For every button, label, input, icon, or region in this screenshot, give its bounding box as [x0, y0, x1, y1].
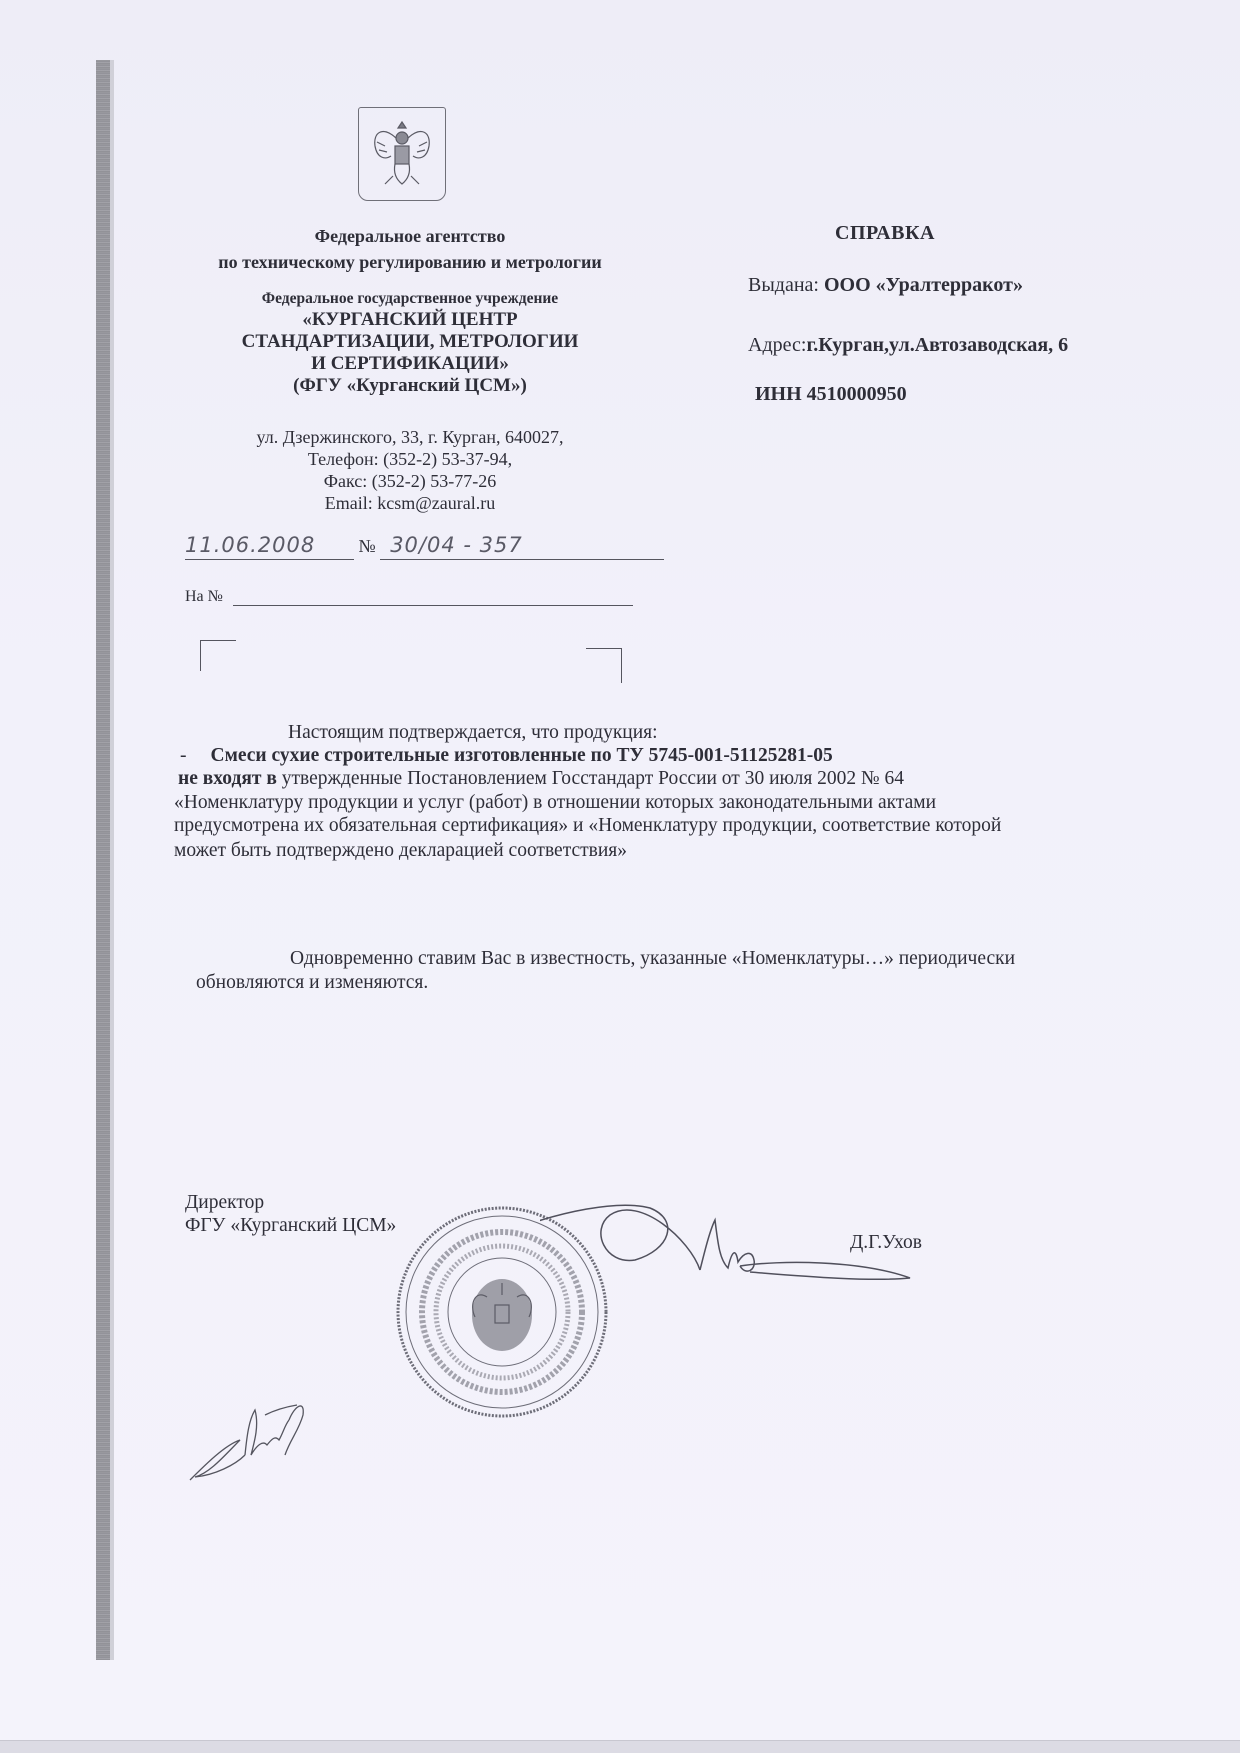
- address-corner-mark-left: [200, 640, 236, 671]
- scan-binding-strip: [96, 60, 114, 1660]
- body-line-3: не входят в утвержденные Постановлением …: [178, 768, 904, 790]
- contact-info: ул. Дзержинского, 33, г. Курган, 640027,…: [170, 426, 650, 514]
- director-signature: [540, 1190, 920, 1300]
- product-line: -Смеси сухие строительные изготовленные …: [180, 745, 833, 767]
- notice-line-2: обновляются и изменяются.: [196, 972, 428, 994]
- body-intro: Настоящим подтверждается, что продукция:: [288, 722, 658, 744]
- issued-to-company: ООО «Уралтерракот»: [824, 274, 1023, 296]
- document-date-field: 11.06.2008: [185, 533, 354, 560]
- institution-name-line3: И СЕРТИФИКАЦИИ»: [170, 353, 650, 375]
- institution-fax: Факс: (352-2) 53-77-26: [170, 470, 650, 492]
- document-number-field: 30/04 - 357: [380, 533, 664, 560]
- bullet-dash: -: [180, 745, 187, 766]
- not-included-phrase: не входят в: [178, 768, 277, 789]
- institution-short-name: (ФГУ «Курганский ЦСМ»): [170, 375, 650, 397]
- product-name: Смеси сухие строительные изготовленные п…: [211, 745, 833, 766]
- body-line-4: «Номенклатуру продукции и услуг (работ) …: [174, 792, 936, 814]
- address-corner-mark-right: [586, 648, 622, 683]
- recipient-inn: ИНН 4510000950: [755, 383, 907, 406]
- institution-phone: Телефон: (352-2) 53-37-94,: [170, 448, 650, 470]
- page-bottom-edge: [0, 1740, 1240, 1753]
- coat-of-arms-icon: [358, 107, 446, 201]
- signatory-organization: ФГУ «Курганский ЦСМ»: [185, 1215, 396, 1237]
- institution-name-line1: «КУРГАНСКИЙ ЦЕНТР: [170, 309, 650, 331]
- document-number: 30/04 - 357: [390, 533, 523, 557]
- institution-type: Федеральное государственное учреждение: [170, 290, 650, 308]
- reply-to-line: На №: [185, 587, 633, 606]
- body-line-6: может быть подтверждено декларацией соот…: [174, 840, 627, 862]
- address-label: Адрес:: [748, 334, 806, 356]
- body-line-5: предусмотрена их обязательная сертификац…: [174, 815, 1001, 837]
- decree-reference: утвержденные Постановлением Госстандарт …: [277, 768, 904, 789]
- address-value: г.Курган,ул.Автозаводская, 6: [806, 334, 1068, 356]
- agency-name-line1: Федеральное агентство: [170, 226, 650, 247]
- reply-to-label: На №: [185, 588, 223, 605]
- institution-email: Email: kcsm@zaural.ru: [170, 492, 650, 514]
- document-date: 11.06.2008: [185, 533, 315, 557]
- document-title: СПРАВКА: [835, 222, 935, 245]
- handwritten-signature-2: [185, 1385, 325, 1485]
- reference-line: 11.06.2008 № 30/04 - 357: [185, 533, 664, 560]
- institution-name: «КУРГАНСКИЙ ЦЕНТР СТАНДАРТИЗАЦИИ, МЕТРОЛ…: [170, 309, 650, 397]
- number-label: №: [359, 536, 376, 556]
- reply-to-field: [233, 587, 633, 606]
- signatory-position: Директор: [185, 1192, 264, 1214]
- issued-to: Выдана: ООО «Уралтерракот»: [748, 274, 1023, 297]
- issued-label: Выдана:: [748, 274, 819, 296]
- institution-address: ул. Дзержинского, 33, г. Курган, 640027,: [170, 426, 650, 448]
- notice-line-1: Одновременно ставим Вас в известность, у…: [290, 948, 1015, 970]
- agency-name-line2: по техническому регулированию и метролог…: [170, 252, 650, 273]
- institution-name-line2: СТАНДАРТИЗАЦИИ, МЕТРОЛОГИИ: [170, 331, 650, 353]
- recipient-address: Адрес:г.Курган,ул.Автозаводская, 6: [748, 334, 1068, 357]
